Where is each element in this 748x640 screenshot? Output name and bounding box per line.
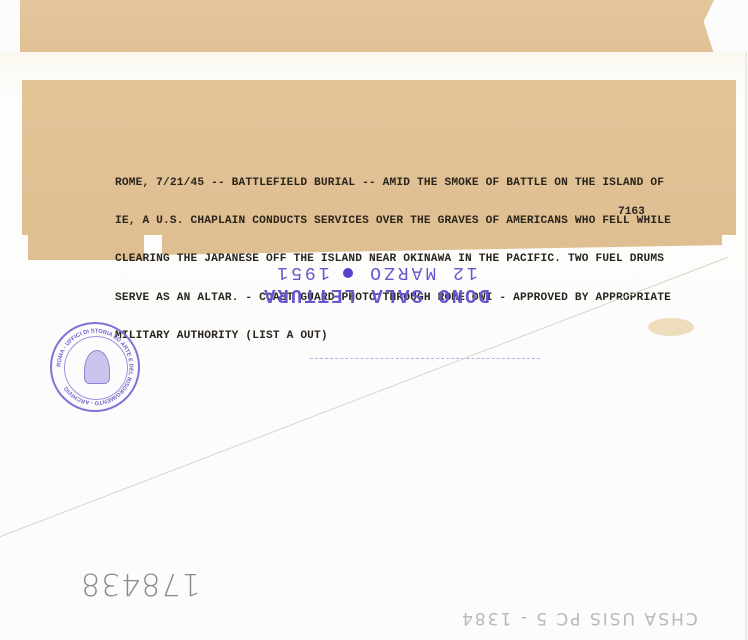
caption-line: MILITARY AUTHORITY (LIST A OUT) — [115, 330, 695, 343]
caption-line: IE, A U.S. CHAPLAIN CONDUCTS SERVICES OV… — [115, 215, 695, 228]
caption-number: 7163 — [618, 206, 645, 218]
stamp-line-1: DONO SALA LETTURA — [236, 284, 516, 306]
rear-paper-slip — [20, 0, 714, 54]
stamp-date: 12 MARZO 1951 — [236, 262, 516, 282]
sala-lettura-stamp: DONO SALA LETTURA 12 MARZO 1951 — [236, 262, 516, 306]
archive-round-seal: ROMA - UFFICI DI STORIA ED ARTE E DEL RI… — [50, 322, 140, 412]
typed-caption: ROME, 7/21/45 -- BATTLEFIELD BURIAL -- A… — [115, 151, 695, 356]
caption-line: ROME, 7/21/45 -- BATTLEFIELD BURIAL -- A… — [115, 177, 695, 190]
stamp-year: 1951 — [274, 262, 329, 282]
pencil-inventory-number: 178438 — [80, 566, 201, 601]
stamp-month: MARZO — [367, 262, 436, 282]
shield-icon — [84, 350, 110, 384]
pencil-archive-reference: CHSA USIS PC 5 - 1384 — [460, 608, 698, 628]
ink-blot-icon — [343, 268, 353, 278]
faint-ink-line — [310, 358, 540, 359]
stamp-day: 12 — [450, 262, 478, 282]
paper-stain — [648, 318, 694, 336]
